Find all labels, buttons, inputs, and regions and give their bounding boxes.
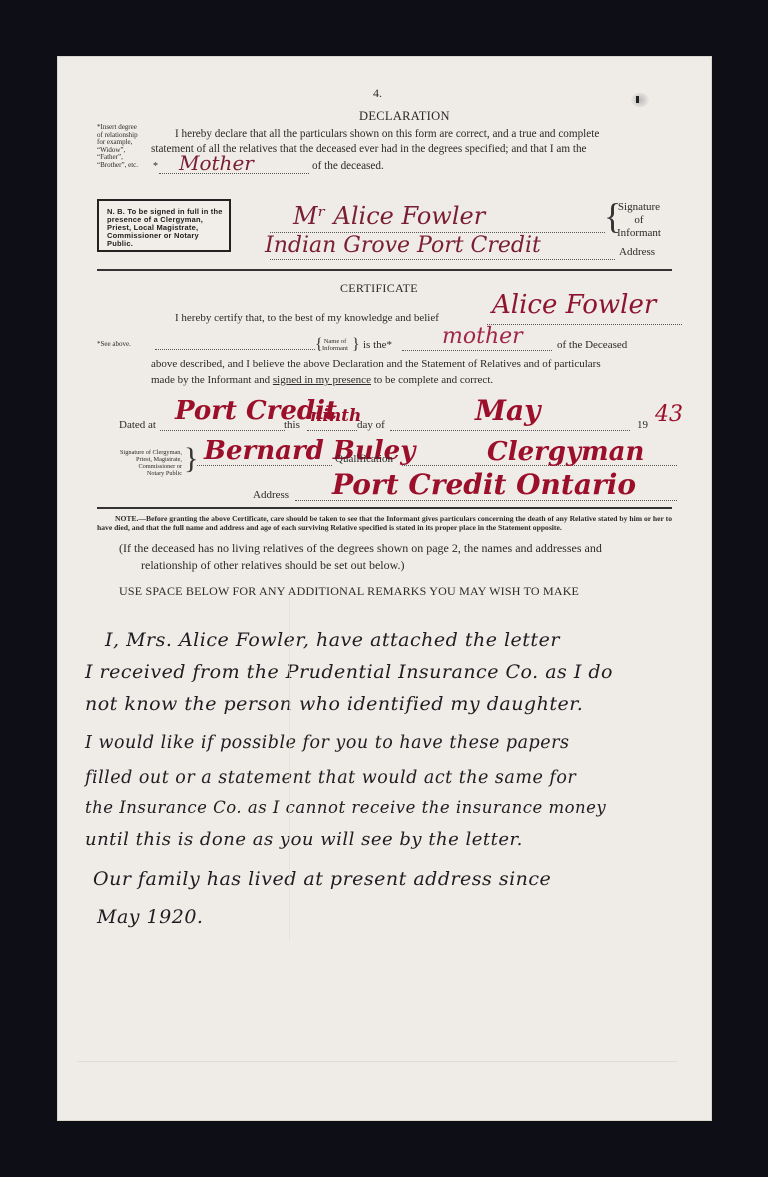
signature-label-line: Informant (617, 227, 661, 240)
certificate-line-3: above described, and I believe the above… (151, 358, 601, 370)
nb-notice-box: N. B. To be signed in full in the presen… (97, 199, 231, 252)
signature-label: Signature of Informant (617, 201, 661, 240)
document-page: 4. DECLARATION *Insert degree of relatio… (57, 56, 712, 1121)
signed-in-presence-text: signed in my presence (273, 374, 371, 386)
section-divider (97, 507, 672, 509)
relationship-side-note: *Insert degree of relationship for examp… (97, 124, 138, 169)
certificate-heading: CERTIFICATE (340, 281, 418, 296)
signature-label-line: Signature (617, 201, 661, 214)
bleed-through-column (289, 596, 680, 941)
clergy-address-field[interactable]: Port Credit Ontario (332, 468, 636, 501)
line4-suffix: to be complete and correct. (371, 374, 493, 386)
day-dotted-line (307, 430, 357, 431)
dated-at-dotted-line (160, 430, 285, 431)
declaration-line-1: I hereby declare that all the particular… (175, 128, 599, 140)
is-the-label: is the* (363, 339, 392, 351)
certificate-line-1: I hereby certify that, to the best of my… (175, 312, 439, 324)
month-dotted-line (390, 430, 630, 431)
of-the-deceased-label: of the deceased. (312, 160, 384, 172)
clergy-sig-label-line: Signature of Clergyman, (67, 449, 182, 456)
punch-hole (631, 93, 649, 107)
line4-prefix: made by the Informant and (151, 374, 273, 386)
name-of-informant-label: Name of Informant (322, 338, 348, 352)
qualification-label: Qualification (335, 453, 393, 465)
page-number: 4. (373, 86, 382, 101)
qualification-field[interactable]: Clergyman (487, 437, 644, 467)
name-of-informant-dotted-line (155, 349, 315, 350)
asterisk-marker: * (153, 161, 158, 172)
see-above-note: *See above. (97, 340, 131, 348)
side-note-line: “Brother”, etc. (97, 162, 138, 170)
clergy-sig-label-line: Notary Public (67, 470, 182, 477)
informant-signature-field[interactable]: Mʳ Alice Fowler (293, 202, 485, 230)
certified-informant-name-field[interactable]: Alice Fowler (492, 290, 656, 320)
clergy-sig-label-line: Priest, Magistrate, (67, 456, 182, 463)
year-prefix-label: 19 (637, 419, 648, 431)
day-field[interactable]: ninth (310, 406, 361, 426)
day-of-label: day of (357, 419, 385, 431)
no-relatives-line-1: (If the deceased has no living relatives… (119, 541, 602, 556)
of-the-deceased-cert-label: of the Deceased (557, 339, 627, 351)
clergy-address-label: Address (253, 489, 289, 501)
nb-notice-text: N. B. To be signed in full in the presen… (107, 208, 227, 248)
clergy-sig-label-line: Commissioner or (67, 463, 182, 470)
bleed-through-rule (77, 1061, 677, 1062)
this-label: this (284, 419, 300, 431)
name-of-informant-label-line: Informant (322, 345, 348, 352)
clergy-signature-brace: } (184, 444, 198, 474)
dated-at-label: Dated at (119, 419, 156, 431)
relationship-cert-dotted-line (402, 350, 552, 351)
month-field[interactable]: May (475, 394, 540, 427)
year-field[interactable]: 43 (655, 402, 683, 427)
name-of-informant-label-line: Name of (322, 338, 348, 345)
address-label: Address (619, 246, 655, 258)
relationship-field[interactable]: Mother (179, 151, 254, 175)
remarks-line[interactable]: May 1920. (97, 906, 203, 928)
no-relatives-line-2: relationship of other relatives should b… (141, 558, 405, 573)
certificate-line-4: made by the Informant and signed in my p… (151, 374, 493, 386)
certified-relationship-field[interactable]: mother (442, 324, 523, 349)
address-dotted-line (270, 259, 615, 260)
clergy-signature-label: Signature of Clergyman, Priest, Magistra… (67, 449, 182, 477)
informant-address-field[interactable]: Indian Grove Port Credit (265, 233, 541, 258)
section-divider (97, 269, 672, 271)
signature-label-line: of (617, 214, 661, 227)
note-paragraph: NOTE.—Before granting the above Certific… (97, 515, 672, 532)
name-of-informant-brace-right: } (352, 336, 360, 354)
declaration-heading: DECLARATION (359, 109, 450, 124)
